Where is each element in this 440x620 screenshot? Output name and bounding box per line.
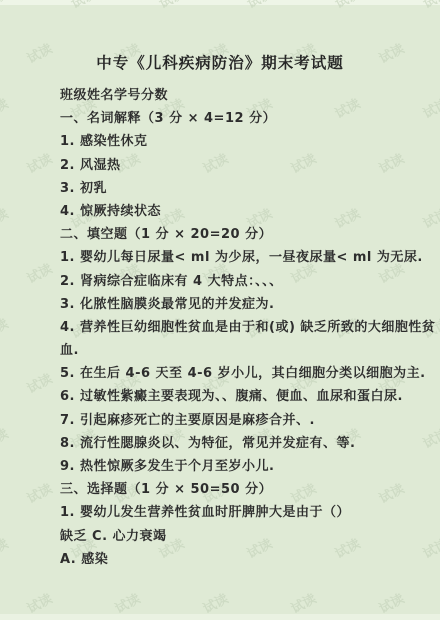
trial-read-watermark: 试读 [375,588,407,617]
document-line: 1. 婴幼儿发生营养性贫血时肝脾肿大是由于（） [60,501,398,524]
document-line: 血. [60,339,398,362]
document-line: 8. 流行性腮腺炎以、为特征，常见并发症有、等. [60,432,398,455]
trial-read-watermark: 试读 [111,588,143,617]
document-line: 2. 风湿热 [60,154,398,177]
document-line: A. 感染 [60,548,398,571]
document-line: 一、名词解释（3 分 × 4=12 分） [60,107,398,130]
document-line: 6. 过敏性紫癜主要表现为、、腹痛、便血、血尿和蛋白尿. [60,385,398,408]
document-line: 9. 热性惊厥多发生于个月至岁小儿. [60,455,398,478]
document-line: 二、填空题（1 分 × 20=20 分） [60,223,398,246]
document-line: 1. 婴幼儿每日尿量< ml 为少尿，一昼夜尿量< ml 为无尿. [60,246,398,269]
document-body: 班级姓名学号分数一、名词解释（3 分 × 4=12 分）1. 感染性休克2. 风… [60,84,398,571]
document-line: 班级姓名学号分数 [60,84,398,107]
document-line: 三、选择题（1 分 × 50=50 分） [60,478,398,501]
document-line: 7. 引起麻疹死亡的主要原因是麻疹合并、. [60,409,398,432]
document-line: 4. 惊厥持续状态 [60,200,398,223]
document-line: 3. 化脓性脑膜炎最常见的并发症为. [60,293,398,316]
document-line: 1. 感染性休克 [60,130,398,153]
exam-paper-page: 试读试读试读试读试读试读试读试读试读试读试读试读试读试读试读试读试读试读试读试读… [0,0,440,620]
document-title: 中专《儿科疾病防治》期末考试题 [60,50,380,76]
trial-read-watermark: 试读 [23,588,55,617]
document-content: 中专《儿科疾病防治》期末考试题 班级姓名学号分数一、名词解释（3 分 × 4=1… [0,0,440,571]
document-line: 3. 初乳 [60,177,398,200]
page-bottom-edge [0,614,440,620]
document-line: 2. 肾病综合症临床有 4 大特点：、、、 [60,270,398,293]
trial-read-watermark: 试读 [287,588,319,617]
document-line: 4. 营养性巨幼细胞性贫血是由于和(或) 缺乏所致的大细胞性贫 [60,316,398,339]
document-line: 5. 在生后 4-6 天至 4-6 岁小儿，其白细胞分类以细胞为主. [60,362,398,385]
trial-read-watermark: 试读 [199,588,231,617]
document-line: 缺乏 C. 心力衰竭 [60,525,398,548]
